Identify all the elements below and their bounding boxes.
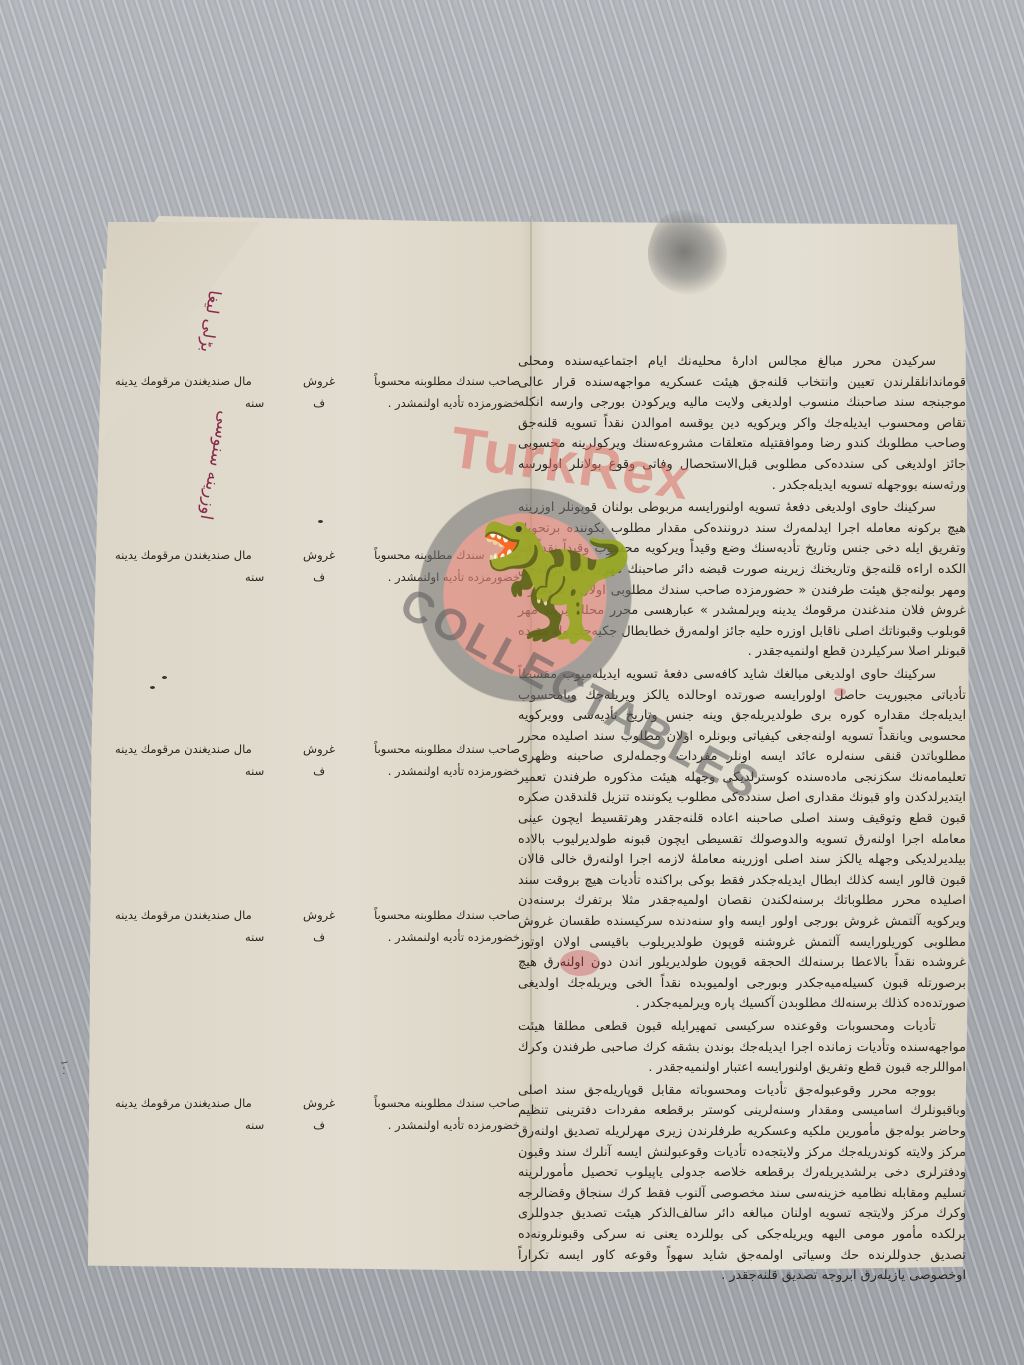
stub-line1-left: مال صندیغندن مرقومك یدینه	[115, 374, 252, 388]
paragraph-2: سرکینك حاوی اولدیغی دفعهٔ تسویه اولنورای…	[518, 498, 966, 663]
red-ink-blot	[834, 688, 846, 696]
stub-date-label: ف	[313, 764, 325, 778]
stub-currency-label: غروش	[303, 374, 335, 388]
ink-speck	[150, 686, 155, 689]
pencil-handwritten-note: ۱۰۰	[58, 1060, 69, 1076]
stub-line2-right: خضورمزده تأدیه اولنمشدر .	[388, 930, 520, 944]
ink-speck	[162, 676, 167, 679]
stub-line2-right: خضورمزده تأدیه اولنمشدر .	[388, 764, 520, 778]
paragraph-1: سرکیدن محرر مبالغ مجالس ادارهٔ محلیه‌نك …	[518, 352, 966, 496]
stub-line2-right: خضورمزده تأدیه اولنمشدر .	[388, 1118, 520, 1132]
paragraph-5: بووجه محرر وقوعبوله‌جق تأدیات ومحسوباته …	[518, 1081, 966, 1287]
document-body-text: سرکیدن محرر مبالغ مجالس ادارهٔ محلیه‌نك …	[518, 352, 966, 1287]
stub-line1-right: صاحب سندك مطلوبنه محسوباً	[374, 1096, 520, 1110]
red-ink-blot	[560, 950, 600, 976]
stub-line1-right: صاحب سندك مطلوبنه محسوباً	[374, 742, 520, 756]
stub-year-label: سنه	[245, 396, 264, 410]
stub-year-label: سنه	[245, 930, 264, 944]
stub-line1-left: مال صندیغندن مرقومك یدینه	[115, 742, 252, 756]
stub-currency-label: غروش	[303, 742, 335, 756]
stub-line1-right: صاحب سندك مطلوبنه محسوباً	[374, 374, 520, 388]
receipt-stub-2: صاحب سندك مطلوبنه محسوباً غروش مال صندیغ…	[115, 548, 520, 592]
receipt-stub-4: صاحب سندك مطلوبنه محسوباً غروش مال صندیغ…	[115, 908, 520, 952]
stub-line1-left: مال صندیغندن مرقومك یدینه	[115, 548, 252, 562]
stub-year-label: سنه	[245, 764, 264, 778]
stub-currency-label: غروش	[303, 1096, 335, 1110]
stub-line1-right: صاحب سندك مطلوبنه محسوباً	[374, 908, 520, 922]
stub-line2-right: خضورمزده تأدیه اولنمشدر .	[388, 396, 520, 410]
stub-year-label: سنه	[245, 570, 264, 584]
stub-currency-label: غروش	[303, 908, 335, 922]
paragraph-4: تأدیات ومحسوبات وقوعنده سرکیسی تمهیرایله…	[518, 1017, 966, 1079]
receipt-stub-1: صاحب سندك مطلوبنه محسوباً غروش مال صندیغ…	[115, 374, 520, 418]
receipt-stub-5: صاحب سندك مطلوبنه محسوباً غروش مال صندیغ…	[115, 1096, 520, 1140]
stub-line1-right: صاحب سندك مطلوبنه محسوباً	[374, 548, 520, 562]
receipt-stub-3: صاحب سندك مطلوبنه محسوباً غروش مال صندیغ…	[115, 742, 520, 786]
stub-line1-left: مال صندیغندن مرقومك یدینه	[115, 908, 252, 922]
stub-currency-label: غروش	[303, 548, 335, 562]
stub-date-label: ف	[313, 1118, 325, 1132]
stub-line1-left: مال صندیغندن مرقومك یدینه	[115, 1096, 252, 1110]
stub-year-label: سنه	[245, 1118, 264, 1132]
ink-speck	[318, 520, 323, 523]
stub-line2-right: خضورمزده تأدیه اولنمشدر .	[388, 570, 520, 584]
stub-date-label: ف	[313, 570, 325, 584]
stub-date-label: ف	[313, 930, 325, 944]
stub-date-label: ف	[313, 396, 325, 410]
